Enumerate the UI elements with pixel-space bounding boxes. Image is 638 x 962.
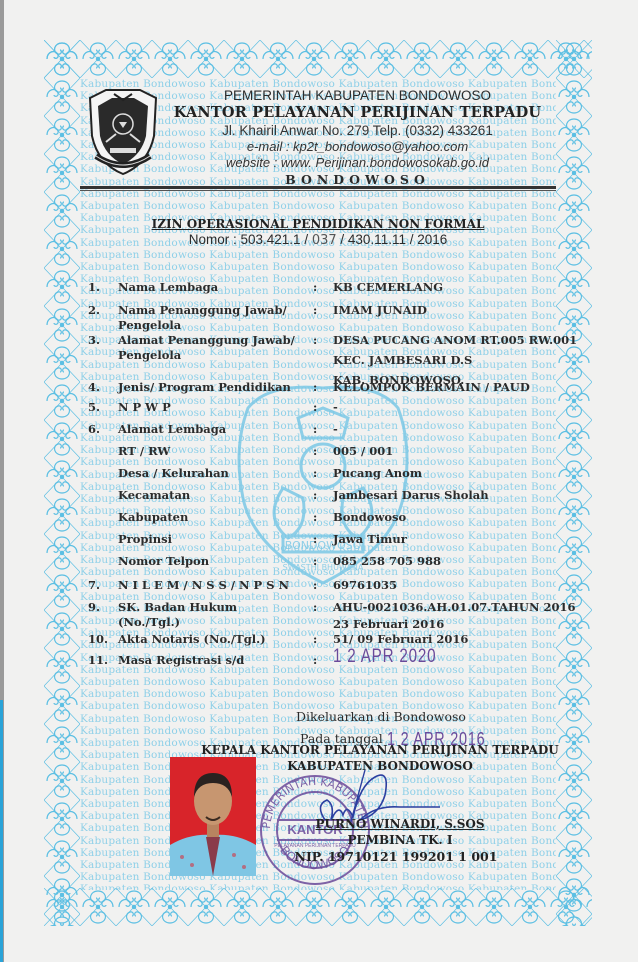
field-label: Desa / Kelurahan <box>118 466 229 481</box>
number-suffix: / 430.11.11 / 2016 <box>337 232 448 247</box>
field-colon: : <box>313 532 317 547</box>
field-value: 085 258 705 988 <box>333 554 441 569</box>
field-value: DESA PUCANG ANOM RT.005 RW.001 <box>333 333 577 348</box>
regency-crest-icon <box>86 86 160 176</box>
field-label-cont: (No./Tgl.) <box>118 615 180 630</box>
field-value: KELOMPOK BERMAIN / PAUD <box>333 380 530 395</box>
field-label-cont: Pengelola <box>118 318 181 333</box>
signatory-name: PURNO WINARDI, S.SOS <box>300 817 500 831</box>
field-value: - <box>333 400 338 415</box>
signatory-rank: PEMBINA TK. I <box>300 833 500 847</box>
field-colon: : <box>313 380 317 395</box>
document-number: Nomor : 503.421.1 / 037 / 430.11.11 / 20… <box>80 232 556 248</box>
letterhead-rule-thin <box>80 190 556 191</box>
office-name: KANTOR PELAYANAN PERIJINAN TERPADU <box>160 104 555 122</box>
field-colon: : <box>313 422 317 437</box>
field-colon: : <box>313 510 317 525</box>
field-value-cont: 23 Februari 2016 <box>333 617 444 632</box>
field-value: IMAM JUNAID <box>333 303 427 318</box>
field-label: Nama Penanggung Jawab/ <box>118 303 287 318</box>
issued-place: Dikeluarkan di Bondowoso <box>296 709 466 725</box>
field-colon: : <box>313 578 317 593</box>
field-label: Alamat Lembaga <box>118 422 226 437</box>
letterhead-rule <box>80 186 556 189</box>
field-label-cont: Pengelola <box>118 348 181 363</box>
field-label: SK. Badan Hukum <box>118 600 237 615</box>
field-number: 11. <box>88 653 108 668</box>
office-address: Jl. Khairil Anwar No. 279 Telp. (0332) 4… <box>160 122 555 139</box>
office-email: e-mail : kp2t_bondowoso@yahoo.com <box>160 139 555 155</box>
field-value: Pucang Anom <box>333 466 422 481</box>
field-colon: : <box>313 554 317 569</box>
scan-edge-accent <box>0 700 3 962</box>
field-value: Jawa Timur <box>333 532 407 547</box>
field-colon: : <box>313 303 317 318</box>
field-value: - <box>333 422 338 437</box>
office-website: website : www. Perijinan.bondowosokab.go… <box>160 155 555 171</box>
field-number: 9. <box>88 600 100 615</box>
field-colon: : <box>313 466 317 481</box>
letterhead: PEMERINTAH KABUPATEN BONDOWOSO KANTOR PE… <box>160 86 555 189</box>
field-value: KB CEMERLANG <box>333 280 443 295</box>
field-label: Masa Registrasi s/d <box>118 653 244 668</box>
document-title: IZIN OPERASIONAL PENDIDIKAN NON FORMAL <box>80 217 556 231</box>
signatory-nip: NIP. 19710121 199201 1 001 <box>276 849 516 864</box>
field-colon: : <box>313 280 317 295</box>
field-value: AHU-0021036.AH.01.07.TAHUN 2016 <box>333 600 575 615</box>
field-colon: : <box>313 444 317 459</box>
field-colon: : <box>313 488 317 503</box>
field-value: 51/ 09 Februari 2016 <box>333 632 468 647</box>
field-label: Propinsi <box>118 532 172 547</box>
field-value: Bondowoso <box>333 510 406 525</box>
field-colon: : <box>313 632 317 647</box>
field-label: Alamat Penanggung Jawab/ <box>118 333 295 348</box>
field-number: 5. <box>88 400 100 415</box>
field-number: 6. <box>88 422 100 437</box>
field-value: Jambesari Darus Sholah <box>333 488 489 503</box>
field-label: Nomor Telpon <box>118 554 209 569</box>
field-label: RT / RW <box>118 444 170 459</box>
field-value: 005 / 001 <box>333 444 393 459</box>
field-number: 3. <box>88 333 100 348</box>
field-label: Kabupaten <box>118 510 188 525</box>
field-label: N I L E M / N S S / N P S N <box>118 578 289 593</box>
field-number: 2. <box>88 303 100 318</box>
field-value-stamp: 1 2 APR 2020 <box>333 649 436 664</box>
field-value: 69761035 <box>333 578 397 593</box>
field-number: 10. <box>88 632 108 647</box>
field-colon: : <box>313 653 317 668</box>
signatory-position: KEPALA KANTOR PELAYANAN PERIJINAN TERPAD… <box>200 743 560 757</box>
field-label: Kecamatan <box>118 488 190 503</box>
field-number: 7. <box>88 578 100 593</box>
field-number: 1. <box>88 280 100 295</box>
field-label: Jenis/ Program Pendidikan <box>118 380 291 395</box>
field-label: Nama Lembaga <box>118 280 218 295</box>
number-handwritten: 037 <box>312 233 337 248</box>
field-colon: : <box>313 333 317 348</box>
government-name: PEMERINTAH KABUPATEN BONDOWOSO <box>160 88 555 104</box>
field-value-cont: KEC. JAMBESARI D.S <box>333 353 472 368</box>
number-prefix: Nomor : 503.421.1 / <box>189 232 312 247</box>
field-label: Akta Notaris (No./Tgl.) <box>118 632 266 647</box>
field-colon: : <box>313 600 317 615</box>
field-number: 4. <box>88 380 100 395</box>
field-colon: : <box>313 400 317 415</box>
holder-photo <box>170 757 256 876</box>
field-label: N P W P <box>118 400 171 415</box>
